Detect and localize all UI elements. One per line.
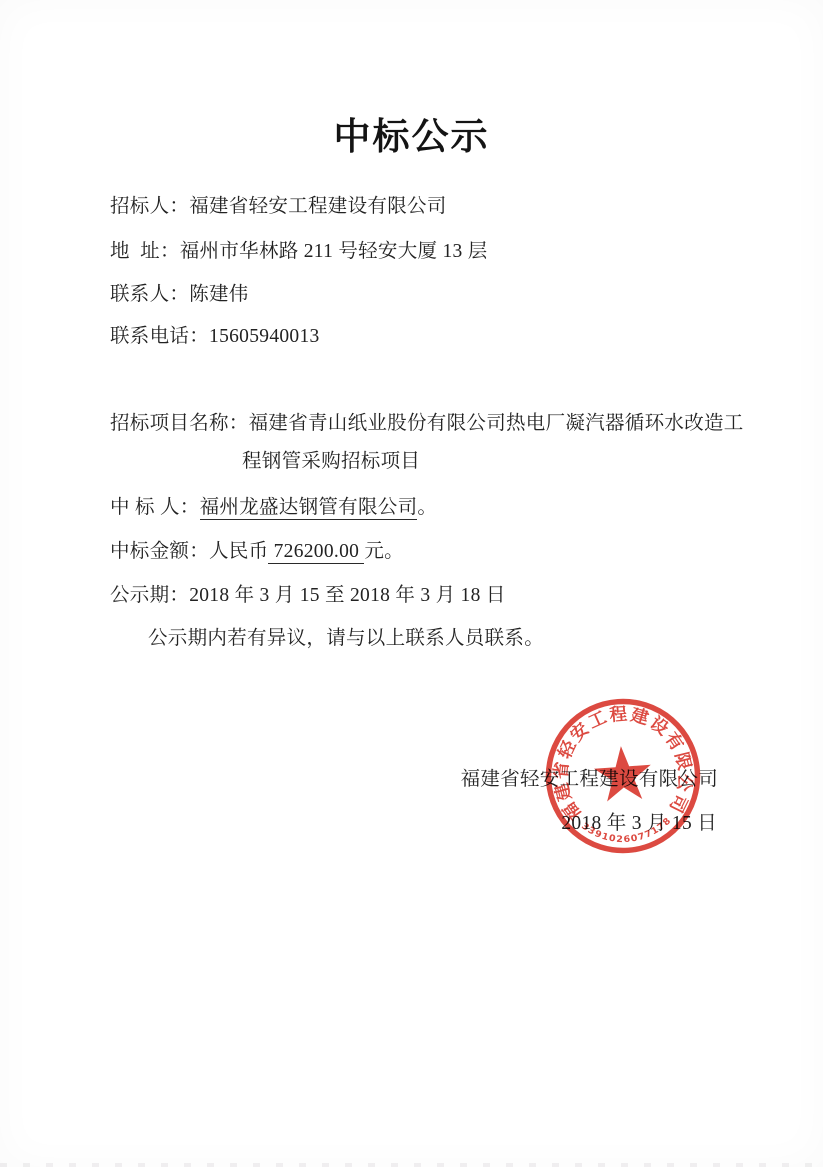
address-label: 地 址： (110, 241, 180, 262)
period-line: 公示期：2018 年 3 月 15 至 2018 年 3 月 18 日 (110, 584, 506, 608)
phone-line: 联系电话：15605940013 (110, 325, 320, 349)
phone-value: 15605940013 (209, 326, 320, 347)
period-label: 公示期： (110, 585, 189, 606)
document-title: 中标公示 (0, 106, 823, 160)
phone-label: 联系电话： (110, 326, 209, 347)
address-value: 福州市华林路 211 号轻安大厦 13 层 (180, 241, 488, 262)
bidder-value: 福建省轻安工程建设有限公司 (189, 196, 446, 217)
official-seal: 福建省轻安工程建设有限公司 3391026077178 (537, 690, 710, 863)
scan-edge-noise (0, 1163, 823, 1167)
winner-label: 中 标 人： (110, 497, 200, 518)
period-value: 2018 年 3 月 15 至 2018 年 3 月 18 日 (189, 585, 505, 606)
address-line: 地 址：福州市华林路 211 号轻安大厦 13 层 (110, 240, 488, 264)
document-page: 中标公示 招标人：福建省轻安工程建设有限公司 地 址：福州市华林路 211 号轻… (0, 0, 823, 1167)
project-name-line-2: 程钢管采购招标项目 (242, 450, 420, 474)
winner-line: 中 标 人：福州龙盛达钢管有限公司。 (110, 496, 437, 520)
notice-line: 公示期内若有异议，请与以上联系人员联系。 (148, 627, 544, 651)
bidder-label: 招标人： (110, 196, 189, 217)
project-label: 招标项目名称： (110, 413, 249, 434)
contact-label: 联系人： (110, 284, 189, 305)
amount-label: 中标金额： (110, 541, 209, 562)
contact-value: 陈建伟 (189, 284, 248, 305)
contact-line: 联系人：陈建伟 (110, 283, 249, 307)
bidder-line: 招标人：福建省轻安工程建设有限公司 (110, 195, 447, 219)
winner-suffix: 。 (417, 497, 437, 518)
project-value-1: 福建省青山纸业股份有限公司热电厂凝汽器循环水改造工 (249, 413, 744, 434)
project-value-2: 程钢管采购招标项目 (242, 451, 420, 472)
amount-line: 中标金额：人民币 726200.00 元。 (110, 540, 404, 564)
project-name-line-1: 招标项目名称：福建省青山纸业股份有限公司热电厂凝汽器循环水改造工 (110, 412, 744, 436)
seal-star-icon (592, 744, 653, 802)
amount-suffix: 元。 (364, 541, 404, 562)
amount-value: 726200.00 (268, 541, 364, 564)
winner-value: 福州龙盛达钢管有限公司 (200, 497, 418, 520)
amount-prefix: 人民币 (209, 541, 268, 562)
